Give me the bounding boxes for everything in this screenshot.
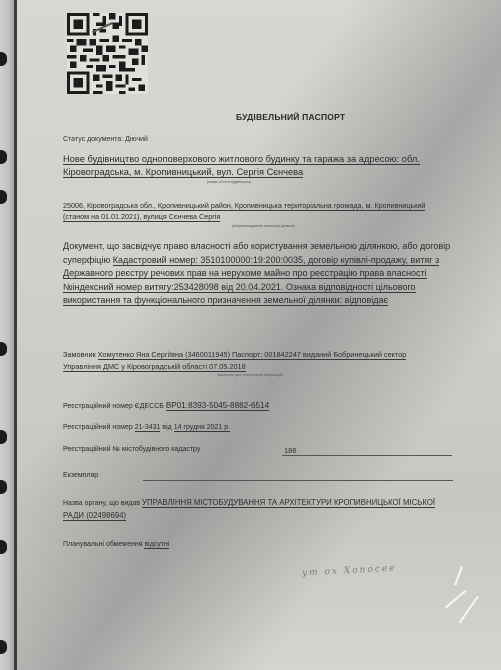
planning-restrictions-label: Планувальні обмеження — [63, 541, 142, 548]
glare-mark — [454, 566, 462, 585]
registration-number: 21-3431 — [135, 424, 161, 432]
punch-hole — [0, 480, 7, 494]
registration-label: Реєстраційний номер — [63, 424, 133, 431]
handwritten-note: ym ox Хonocee — [302, 564, 397, 579]
issuer-label: Назва органу, що видав — [63, 500, 140, 507]
glare-mark — [459, 596, 479, 623]
document-page: БУДІВЕЛЬНИЙ ПАСПОРТ Статус документа: Ді… — [17, 0, 501, 670]
planning-restrictions-field: Планувальні обмеження відсутні — [63, 541, 169, 548]
land-document-value: Кадастровий номер: 3510100000:19:200:003… — [63, 255, 439, 307]
customer-field: Замовник Хомутенко Яна Сергіївна (346001… — [63, 349, 443, 372]
land-location-value: 25006, Кіровоградська обл., Кропивницьки… — [63, 201, 425, 222]
object-name-field: Нове будівництво одноповерхового житлово… — [63, 153, 443, 179]
edessb-value: ВР01:8393-5045-8882-6514 — [166, 401, 269, 411]
document-title: БУДІВЕЛЬНИЙ ПАСПОРТ — [236, 112, 345, 122]
document-status: Статус документа: Діючий — [63, 136, 148, 143]
punch-hole — [0, 150, 7, 164]
punch-hole — [0, 540, 7, 554]
land-location-caption: (місцезнаходження земельної ділянки) — [232, 224, 295, 228]
land-document-field: Документ, що засвідчує право власності а… — [63, 240, 458, 308]
punch-hole — [0, 640, 7, 654]
copy-field: Екземпляр — [63, 472, 463, 479]
object-name-caption: (назва об'єкта будівництва) — [207, 180, 251, 184]
registration-field: Реєстраційний номер 21-3431 від 14 грудн… — [63, 424, 230, 431]
customer-value: Хомутенко Яна Сергіївна (3460011945) Пас… — [63, 350, 406, 372]
cadastre-label: Реєстраційний № містобудівного кадастру — [63, 446, 200, 453]
customer-caption: (паспортні дані та контактна інформація) — [217, 373, 284, 377]
punch-hole — [0, 190, 7, 204]
planning-restrictions-value: відсутні — [144, 541, 169, 549]
cadastre-field: Реєстраційний № містобудівного кадастру … — [63, 446, 463, 453]
edessb-label: Реєстраційний номер ЄДЕССБ — [63, 403, 164, 410]
edessb-field: Реєстраційний номер ЄДЕССБ ВР01:8393-504… — [63, 401, 269, 410]
copy-value — [143, 480, 453, 481]
glare-mark — [445, 590, 466, 608]
status-label: Статус документа: — [63, 136, 123, 143]
issuer-field: Назва органу, що видав УПРАВЛІННЯ МІСТОБ… — [63, 497, 443, 523]
status-value: Діючий — [125, 136, 148, 143]
registration-from-label: від — [162, 424, 171, 431]
copy-label: Екземпляр — [63, 472, 98, 479]
punch-hole — [0, 52, 7, 66]
registration-date: 14 грудня 2021 р. — [174, 424, 230, 432]
punch-hole — [0, 342, 7, 356]
cadastre-value: 186 — [282, 446, 452, 456]
land-location-field: 25006, Кіровоградська обл., Кропивницьки… — [63, 201, 443, 222]
punch-hole — [0, 430, 7, 444]
customer-label: Замовник — [63, 350, 96, 359]
object-name-value: Нове будівництво одноповерхового житлово… — [63, 154, 420, 178]
